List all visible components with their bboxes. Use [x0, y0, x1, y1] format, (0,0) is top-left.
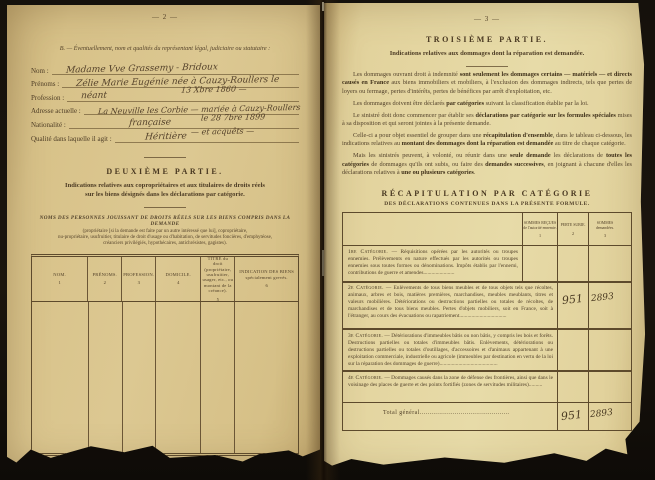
left-table-caption-notes: (propriétaire [si la demande est faite p…	[31, 229, 299, 248]
column-sommes-recues: SOMMES REÇUES de l'autorité ennemie.1	[523, 213, 557, 245]
total-general-label: Total général...........................…	[383, 410, 555, 416]
field-nom-line: Madame Vve Grassemy - Bridoux	[52, 60, 299, 75]
field-qualite-value-line2: — et acquêts —	[191, 126, 255, 136]
category-1-row: 1re Catégorie. — Réquisitions opérées pa…	[348, 249, 518, 277]
field-profession: Profession : néant	[31, 88, 299, 102]
category-4-row: 4e Catégorie. — Dommages causés dans la …	[348, 375, 553, 389]
recapitulation-table: SOMMES REÇUES de l'autorité ennemie.1 PE…	[342, 212, 632, 431]
recapitulation-subtitle: DES DÉCLARATIONS CONTENUES DANS LA PRÉSE…	[342, 201, 632, 207]
deuxieme-partie-subtitle-line1: Indications relatives aux copropriétaire…	[31, 181, 299, 190]
troisieme-partie-subtitle: Indications relatives aux dommages dont …	[342, 49, 632, 58]
field-nom-label: Nom :	[31, 67, 52, 75]
table-rule	[343, 328, 631, 330]
field-prenoms-label: Prénoms :	[31, 80, 62, 88]
column-perte-subie: PERTE SUBIE.2	[558, 213, 588, 245]
empty-cell	[89, 302, 123, 453]
field-qualite-label: Qualité dans laquelle il agit :	[31, 135, 115, 143]
deuxieme-partie-title: DEUXIÈME PARTIE.	[31, 167, 299, 176]
table-rule	[343, 370, 631, 372]
identity-fields: Nom : Madame Vve Grassemy - Bridoux Prén…	[31, 61, 299, 143]
empty-cell	[123, 302, 156, 453]
section-divider	[466, 66, 508, 67]
paragraph-4: Celle-ci a pour objet essentiel de group…	[342, 132, 632, 149]
field-prenoms: Prénoms : Zélie Marie Eugénie née à Cauz…	[31, 75, 299, 89]
total-perte-subie-amount: 951	[560, 408, 582, 423]
column-domicile: DOMICILE.4	[156, 257, 201, 301]
field-qualite-value: Héritière	[144, 131, 187, 142]
category-2-perte-subie-amount: 951	[561, 292, 583, 307]
paragraph-5: Mais les sinistrés peuvent, à volonté, o…	[342, 152, 632, 177]
category-2-sommes-demandees-amount: 2893	[591, 292, 615, 304]
column-prenoms: PRÉNOMS.2	[88, 257, 122, 301]
section-divider	[144, 207, 186, 208]
column-sommes-demandees: SOMMES demandées.3	[589, 213, 621, 245]
deuxieme-partie-section: DEUXIÈME PARTIE. Indications relatives a…	[31, 157, 299, 456]
empty-cell	[201, 302, 235, 453]
field-nationalite-label: Nationalité :	[31, 121, 69, 129]
field-nom: Nom : Madame Vve Grassemy - Bridoux	[31, 61, 299, 75]
section-divider	[144, 157, 186, 158]
left-page-content: — 2 — B. — Éventuellement, nom et qualit…	[31, 13, 299, 456]
column-nom: NOM.1	[32, 257, 88, 301]
field-adresse-value-line2: le 28 7bre 1899	[201, 112, 266, 122]
recapitulation-title: RÉCAPITULATION PAR CATÉGORIE	[342, 189, 632, 198]
paragraph-3: Le sinistré doit donc commencer par étab…	[342, 112, 632, 129]
paragraph-1: Les dommages ouvrant droit à indemnité s…	[342, 71, 632, 96]
column-indication-des-biens: INDICATION DES BIENS spécialement grevés…	[235, 257, 298, 301]
column-titre-du-droit: TITRE du droit (propriétaire, usufruitie…	[201, 257, 235, 301]
empty-cell	[156, 302, 201, 453]
left-table-note3: créanciers privilégiés, hypothécaires, a…	[31, 241, 299, 247]
field-adresse-line: La Neuville les Corbie — mariée à Cauzy-…	[84, 101, 299, 116]
total-sommes-demandees-amount: 2893	[590, 408, 614, 420]
field-profession-label: Profession :	[31, 94, 67, 102]
right-page-number: — 3 —	[342, 15, 632, 23]
legal-representative-line: B. — Éventuellement, nom et qualités du …	[31, 45, 299, 52]
binding-stitch	[322, 2, 324, 11]
right-page-content: — 3 — TROISIÈME PARTIE. Indications rela…	[342, 15, 632, 431]
left-page: — 2 — B. — Éventuellement, nom et qualit…	[7, 5, 320, 468]
table-rule	[343, 402, 631, 403]
droits-reels-table-header: NOM.1 PRÉNOMS.2 PROFESSION.3 DOMICILE.4 …	[32, 257, 298, 302]
category-2-row: 2e Catégorie. — Enlèvements de tous bien…	[348, 285, 553, 320]
scanned-document: — 2 — B. — Éventuellement, nom et qualit…	[0, 0, 655, 480]
empty-cell	[32, 302, 89, 453]
right-page: — 3 — TROISIÈME PARTIE. Indications rela…	[324, 3, 646, 476]
table-rule	[343, 281, 631, 283]
left-table-caption: NOMS DES PERSONNES JOUISSANT DE DROITS R…	[31, 215, 299, 227]
paragraph-2: Les dommages doivent être déclarés par c…	[342, 100, 632, 108]
empty-cell	[235, 302, 298, 453]
field-profession-value: néant	[81, 91, 108, 102]
field-prenoms-value-line2: 13 Xbre 1860 —	[181, 84, 247, 94]
droits-reels-table-body-empty	[32, 302, 298, 453]
field-qualite: Qualité dans laquelle il agit : Héritièr…	[31, 129, 299, 143]
deuxieme-partie-subtitle-line2: sur les biens désignés dans les déclarat…	[31, 190, 299, 199]
field-nationalite-value: française	[128, 118, 171, 129]
binding-stitch	[322, 250, 324, 276]
deuxieme-partie-subtitle: Indications relatives aux copropriétaire…	[31, 181, 299, 199]
droits-reels-table: NOM.1 PRÉNOMS.2 PROFESSION.3 DOMICILE.4 …	[31, 254, 299, 456]
category-3-row: 3e Catégorie. — Détériorations d'immeubl…	[348, 333, 553, 368]
column-profession: PROFESSION.3	[122, 257, 156, 301]
left-page-number: — 2 —	[31, 13, 299, 21]
table-rule	[343, 245, 631, 246]
troisieme-partie-title: TROISIÈME PARTIE.	[342, 35, 632, 44]
